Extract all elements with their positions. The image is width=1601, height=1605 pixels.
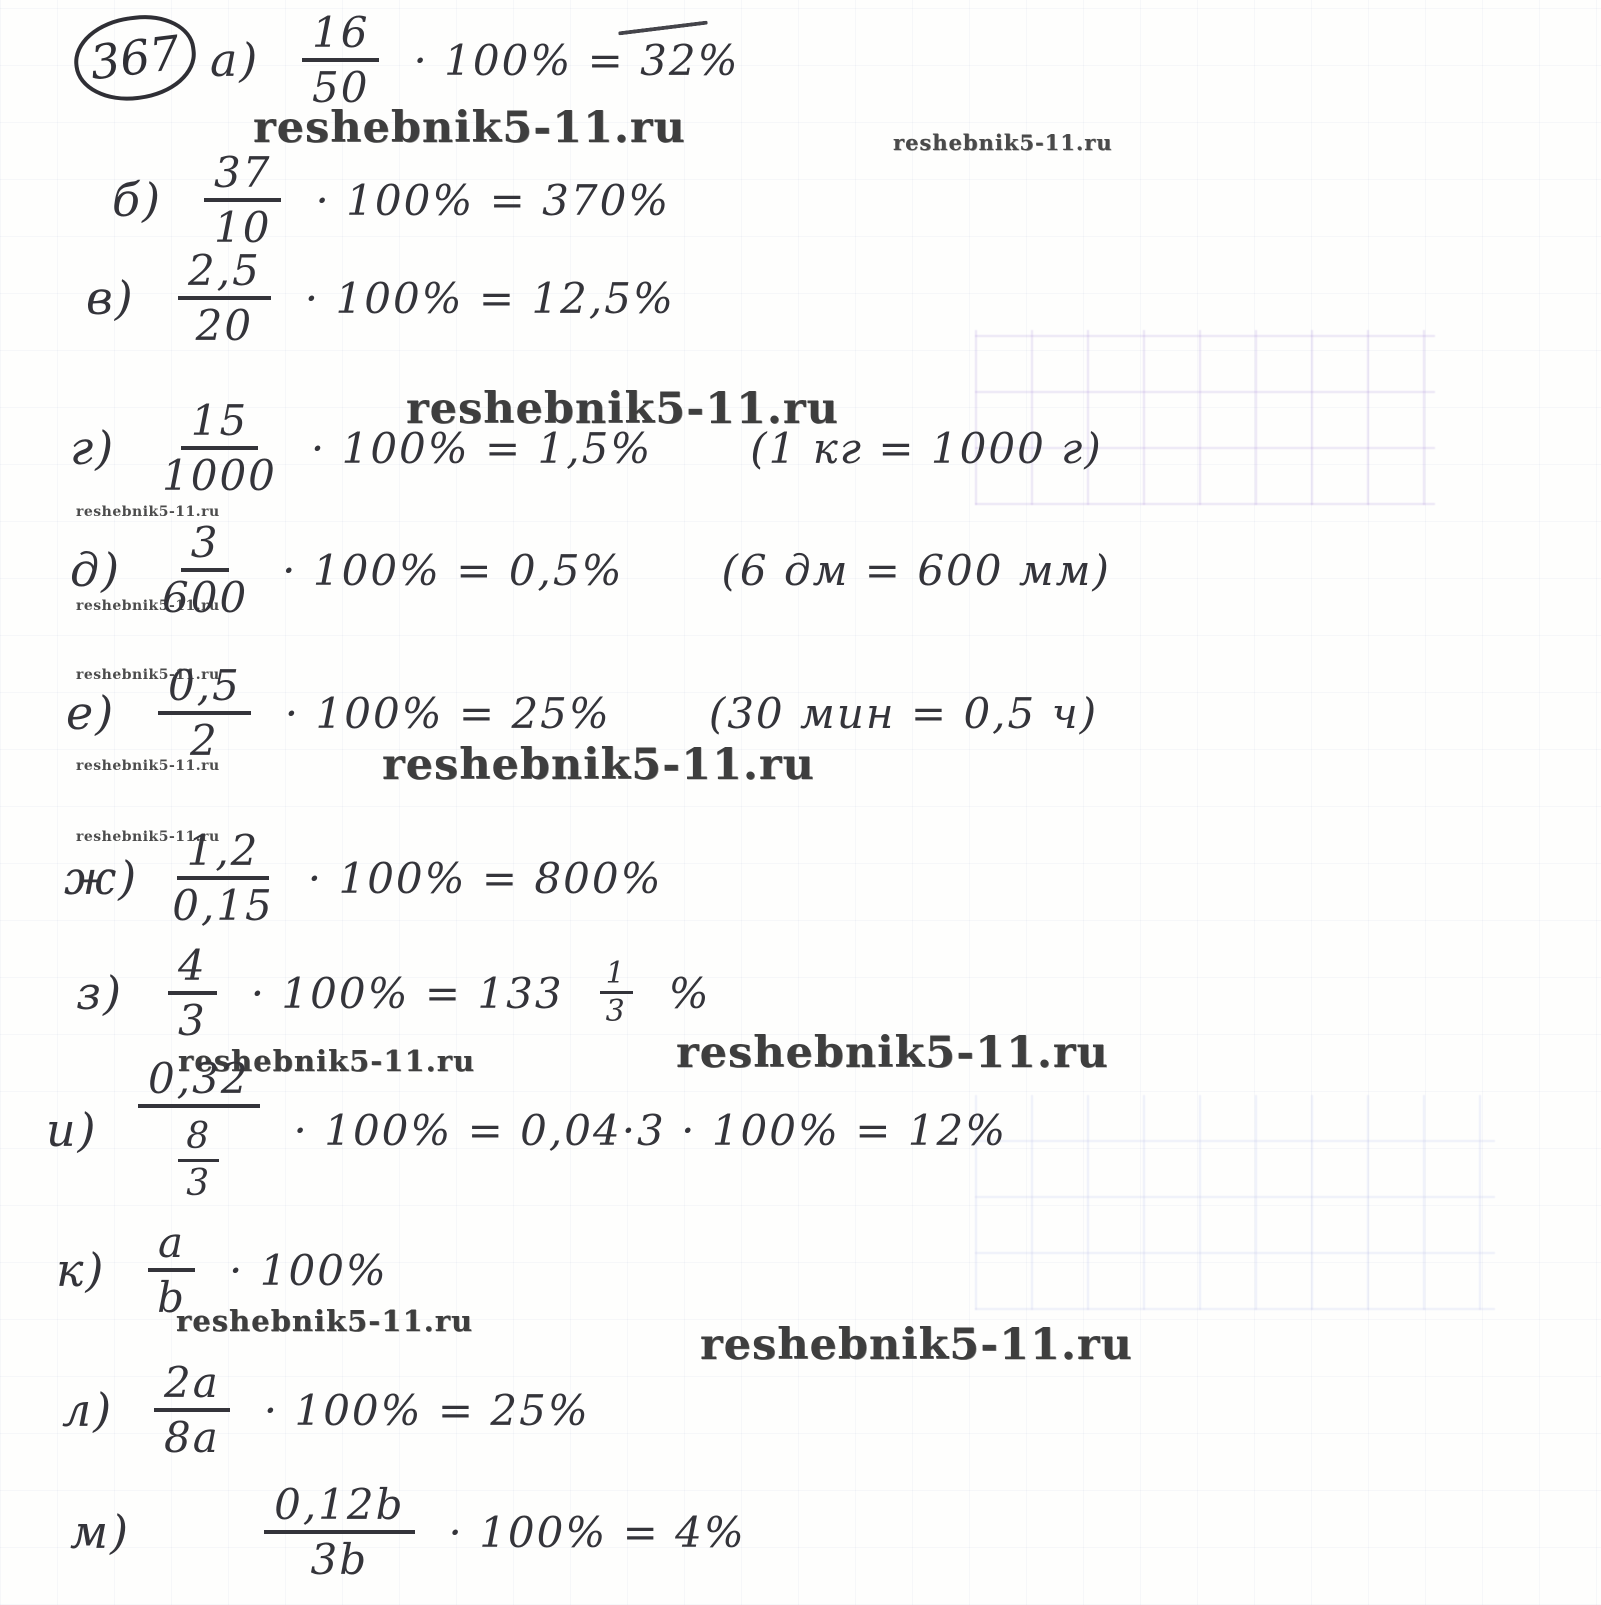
mixed-number-fraction: 1 3 [600, 959, 633, 1027]
fraction-numerator: 8 [178, 1118, 219, 1162]
fraction-numerator: 0,12b [264, 1482, 414, 1534]
solution-row-m: м) 0,12b 3b · 100% = 4% [70, 1482, 746, 1583]
watermark: reshebnik5-11.ru [700, 1320, 1133, 1370]
expression: · 100% = 133 [251, 969, 564, 1018]
fraction: a b [148, 1220, 195, 1321]
fraction-denominator: 1000 [162, 450, 277, 498]
fraction-numerator: 37 [204, 150, 281, 202]
solution-row-a: а) 16 50 · 100% = 32% [210, 10, 739, 111]
fraction: 15 1000 [162, 398, 277, 499]
fraction: 3 600 [162, 520, 248, 621]
row-label: а) [210, 33, 268, 87]
row-label: д) [70, 543, 128, 597]
expression: · 100% = 370% [315, 176, 670, 225]
fraction-numerator: 15 [181, 398, 258, 450]
expression: · 100% = 0,04·3 · 100% = 12% [294, 1106, 1008, 1155]
fraction: 2a 8a [154, 1360, 230, 1461]
expression: · 100% [229, 1246, 388, 1295]
fraction-numerator: a [148, 1220, 195, 1272]
solution-row-zh: ж) 1,2 0,15 · 100% = 800% [64, 828, 663, 929]
expression: · 100% = 0,5% [282, 546, 623, 595]
row-label: и) [46, 1103, 104, 1157]
solution-row-z: з) 4 3 · 100% = 133 1 3 % [76, 943, 711, 1044]
expression: · 100% = 12,5% [305, 274, 675, 323]
row-label: м) [70, 1505, 130, 1559]
solution-row-v: в) 2,5 20 · 100% = 12,5% [86, 248, 675, 349]
row-label: к) [56, 1243, 114, 1297]
row-label: л) [62, 1383, 120, 1437]
problem-number: 367 [87, 25, 183, 91]
fraction-denominator: 8a [164, 1412, 220, 1460]
fraction-denominator: 50 [312, 62, 369, 110]
fraction-denominator: 600 [162, 572, 248, 620]
fraction-denominator: 20 [196, 300, 253, 348]
fraction: 0,12b 3b [264, 1482, 414, 1583]
fraction-numerator: 1,2 [177, 828, 270, 880]
fraction-denominator: 3b [310, 1534, 368, 1582]
fraction: 16 50 [302, 10, 379, 111]
solution-row-g: г) 15 1000 · 100% = 1,5% (1 кг = 1000 г) [70, 398, 1103, 499]
row-label: з) [76, 966, 134, 1020]
fraction-denominator: 0,15 [172, 880, 274, 928]
expression: · 100% = 25% [285, 689, 611, 738]
fraction-numerator: 1 [600, 959, 633, 994]
expression: · 100% = 4% [449, 1508, 746, 1557]
fraction-denominator: 3 [186, 1162, 211, 1204]
fraction-numerator: 3 [181, 520, 230, 572]
unit-note: (1 кг = 1000 г) [750, 424, 1103, 473]
row-label: г) [70, 421, 128, 475]
fraction-denominator: b [157, 1272, 186, 1320]
nested-fraction: 8 3 [178, 1118, 219, 1204]
unit-note: (6 дм = 600 мм) [722, 546, 1111, 595]
complex-fraction: 0,32 8 3 [138, 1056, 260, 1204]
solution-row-k: к) a b · 100% [56, 1220, 388, 1321]
row-label: в) [86, 271, 144, 325]
expression: · 100% = 1,5% [311, 424, 652, 473]
fraction: 37 10 [204, 150, 281, 251]
fraction: 2,5 20 [178, 248, 271, 349]
row-label: ж) [64, 851, 138, 905]
fraction: 4 3 [168, 943, 217, 1044]
fraction-denominator: 2 [190, 715, 219, 763]
fraction: 1,2 0,15 [172, 828, 274, 929]
row-label: е) [66, 686, 124, 740]
fraction-numerator: 4 [168, 943, 217, 995]
fraction-numerator: 0,5 [158, 663, 251, 715]
watermark: reshebnik5-11.ru [893, 130, 1113, 155]
solution-row-b: б) 37 10 · 100% = 370% [112, 150, 670, 251]
fraction-numerator: 2,5 [178, 248, 271, 300]
ghost-print-patch [975, 1095, 1495, 1310]
expression: · 100% = 25% [264, 1386, 590, 1435]
fraction-numerator: 16 [302, 10, 379, 62]
solution-row-d: д) 3 600 · 100% = 0,5% (6 дм = 600 мм) [70, 520, 1111, 621]
expression: · 100% = 800% [308, 854, 663, 903]
solution-row-e: е) 0,5 2 · 100% = 25% (30 мин = 0,5 ч) [66, 663, 1098, 764]
unit-note: (30 мин = 0,5 ч) [709, 689, 1098, 738]
fraction-denominator: 10 [214, 202, 271, 250]
row-label: б) [112, 173, 170, 227]
solution-row-i: и) 0,32 8 3 · 100% = 0,04·3 · 100% = 12% [46, 1056, 1007, 1204]
expression: · 100% = 32% [413, 36, 739, 85]
solution-row-l: л) 2a 8a · 100% = 25% [62, 1360, 590, 1461]
fraction-denominator: 8 3 [178, 1108, 219, 1204]
fraction-denominator: 3 [606, 994, 627, 1027]
problem-number-circle: 367 [69, 9, 200, 107]
fraction: 0,5 2 [158, 663, 251, 764]
expression: % [669, 969, 711, 1018]
fraction-numerator: 2a [154, 1360, 230, 1412]
fraction-numerator: 0,32 [138, 1056, 260, 1108]
notebook-page: reshebnik5-11.ru reshebnik5-11.ru resheb… [0, 0, 1601, 1605]
fraction-denominator: 3 [178, 995, 207, 1043]
